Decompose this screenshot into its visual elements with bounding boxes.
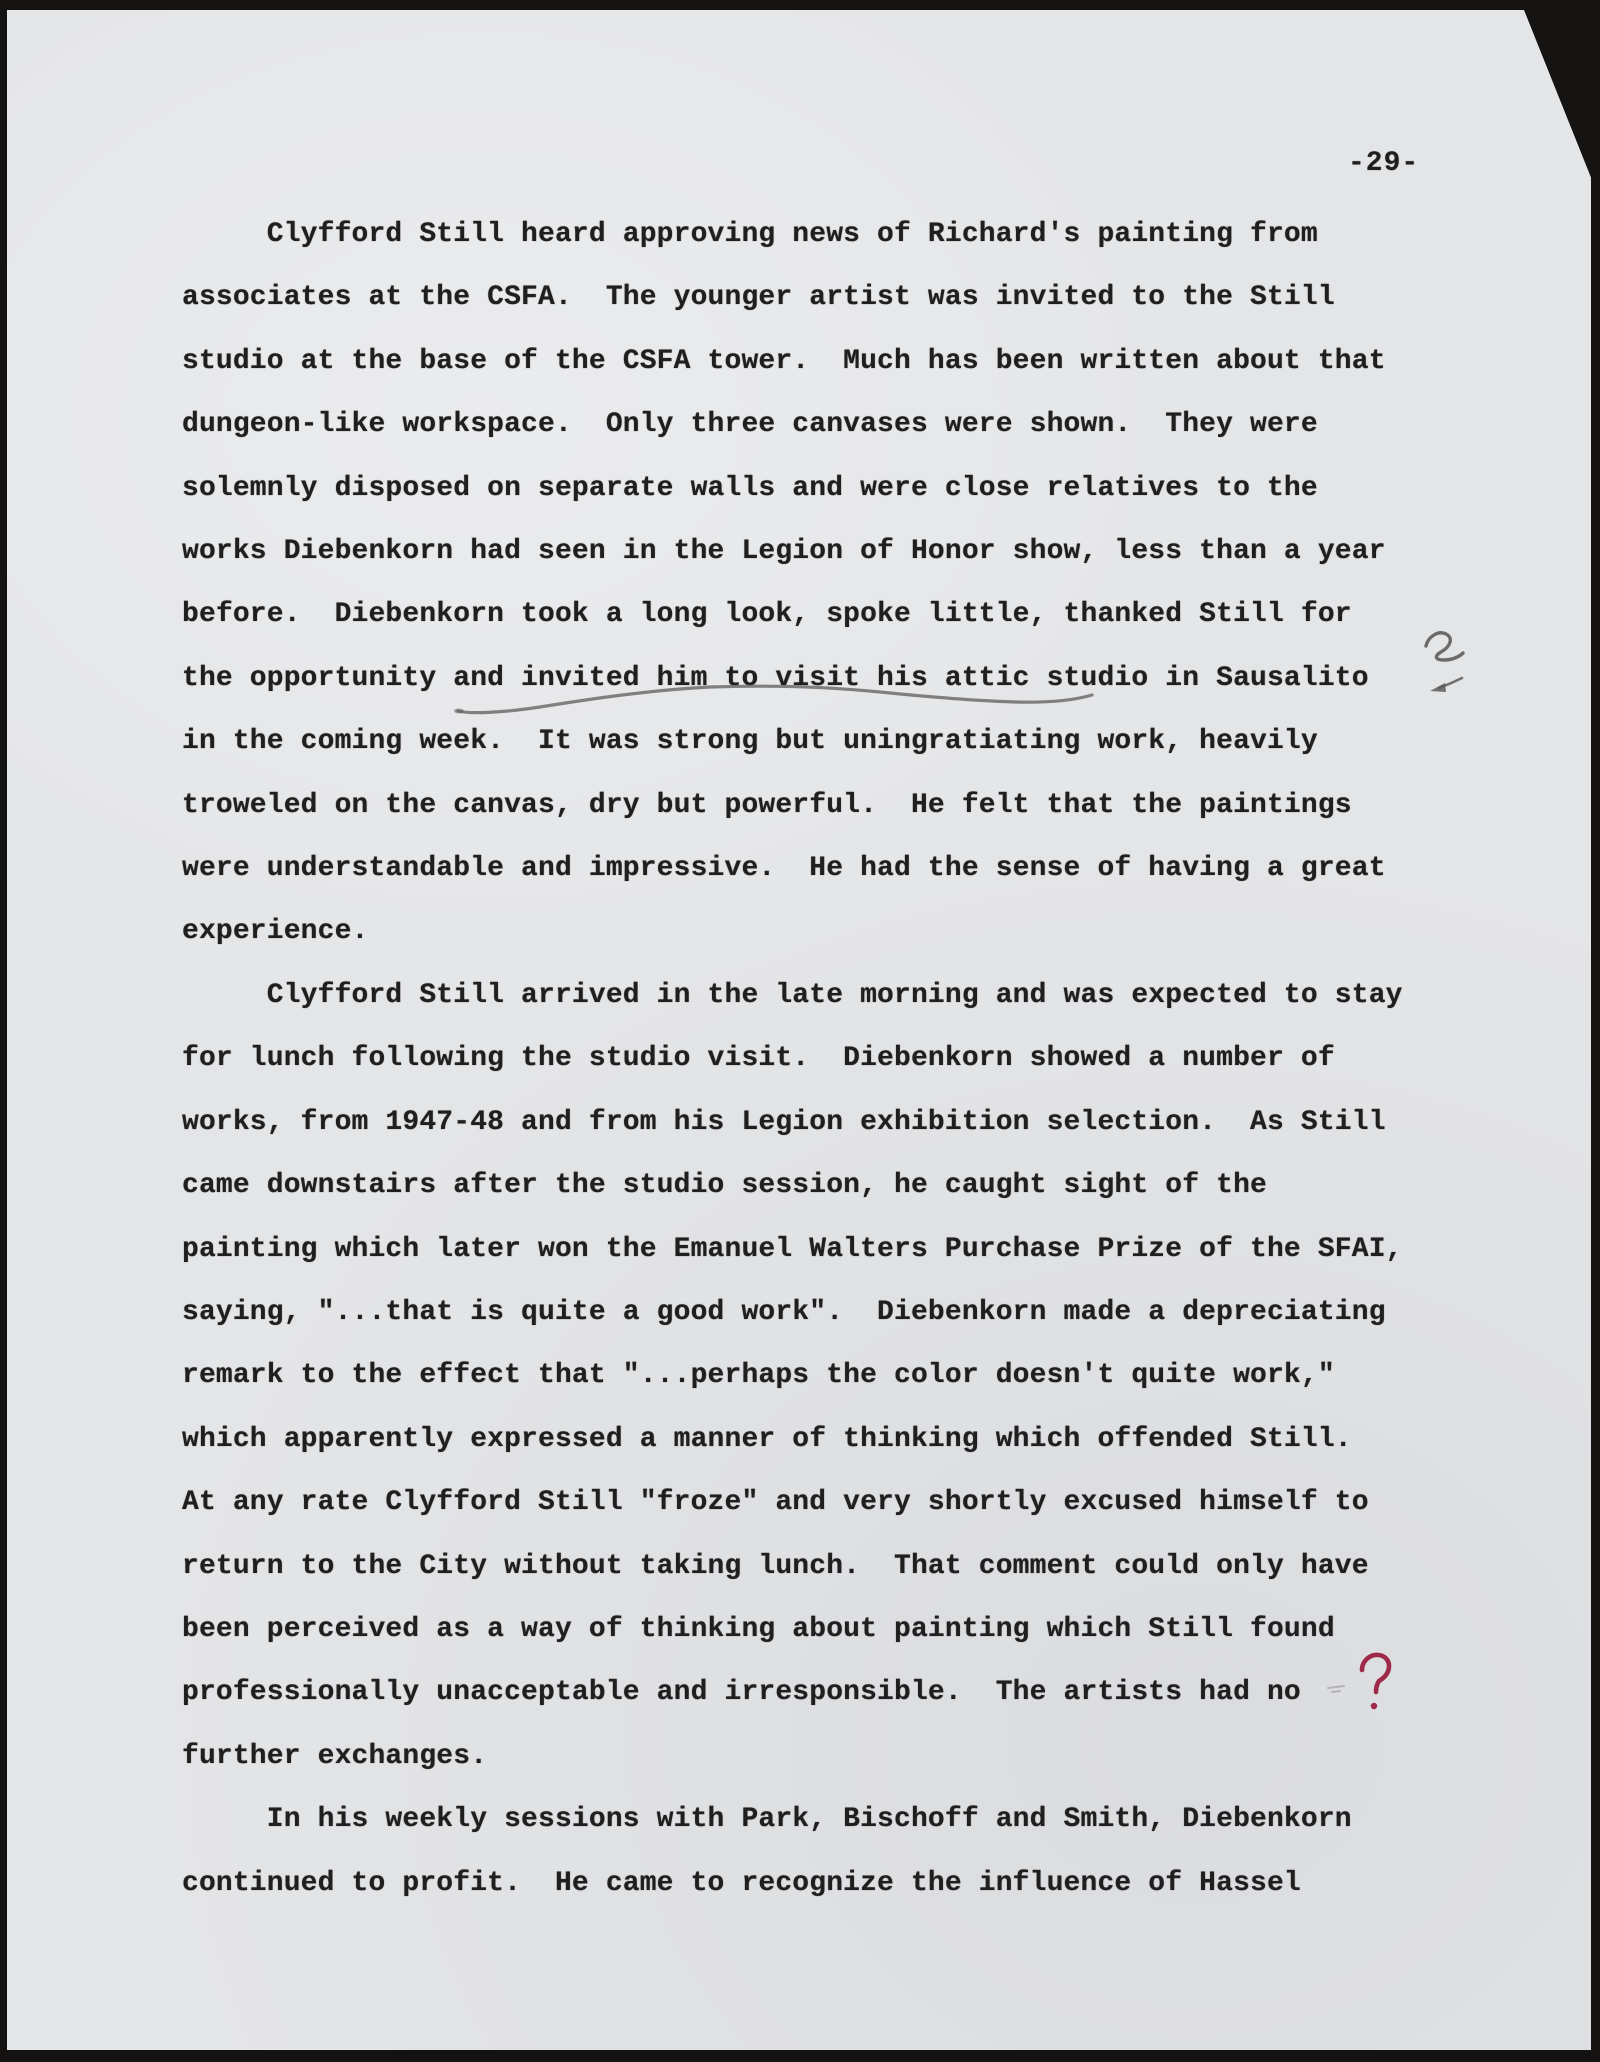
text-line: associates at the CSFA. The younger arti… [182, 266, 1462, 329]
text-line: continued to profit. He came to recogniz… [182, 1852, 1462, 1915]
document-text: Clyfford Still heard approving news of R… [182, 203, 1462, 1915]
text-line: solemnly disposed on separate walls and … [182, 457, 1462, 520]
text-line: before. Diebenkorn took a long look, spo… [182, 583, 1462, 646]
text-line: works Diebenkorn had seen in the Legion … [182, 520, 1462, 583]
text-line: professionally unacceptable and irrespon… [182, 1661, 1462, 1724]
text-line: which apparently expressed a manner of t… [182, 1408, 1462, 1471]
text-line: In his weekly sessions with Park, Bischo… [182, 1788, 1462, 1851]
text-line: remark to the effect that "...perhaps th… [182, 1344, 1462, 1407]
text-line: works, from 1947-48 and from his Legion … [182, 1091, 1462, 1154]
text-line: saying, "...that is quite a good work". … [182, 1281, 1462, 1344]
text-line: came downstairs after the studio session… [182, 1154, 1462, 1217]
text-line: return to the City without taking lunch.… [182, 1535, 1462, 1598]
text-line: Clyfford Still arrived in the late morni… [182, 964, 1462, 1027]
scanned-document: -29- Clyfford Still heard approving news… [0, 0, 1600, 2062]
text-line: At any rate Clyfford Still "froze" and v… [182, 1471, 1462, 1534]
text-line: experience. [182, 900, 1462, 963]
text-line: been perceived as a way of thinking abou… [182, 1598, 1462, 1661]
text-line: in the coming week. It was strong but un… [182, 710, 1462, 773]
text-line: painting which later won the Emanuel Wal… [182, 1218, 1462, 1281]
page-number: -29- [1348, 148, 1419, 179]
text-line: were understandable and impressive. He h… [182, 837, 1462, 900]
text-line: further exchanges. [182, 1725, 1462, 1788]
text-line: the opportunity and invited him to visit… [182, 647, 1462, 710]
text-line: troweled on the canvas, dry but powerful… [182, 774, 1462, 837]
text-line: for lunch following the studio visit. Di… [182, 1027, 1462, 1090]
text-line: studio at the base of the CSFA tower. Mu… [182, 330, 1462, 393]
text-line: Clyfford Still heard approving news of R… [182, 203, 1462, 266]
text-line: dungeon-like workspace. Only three canva… [182, 393, 1462, 456]
